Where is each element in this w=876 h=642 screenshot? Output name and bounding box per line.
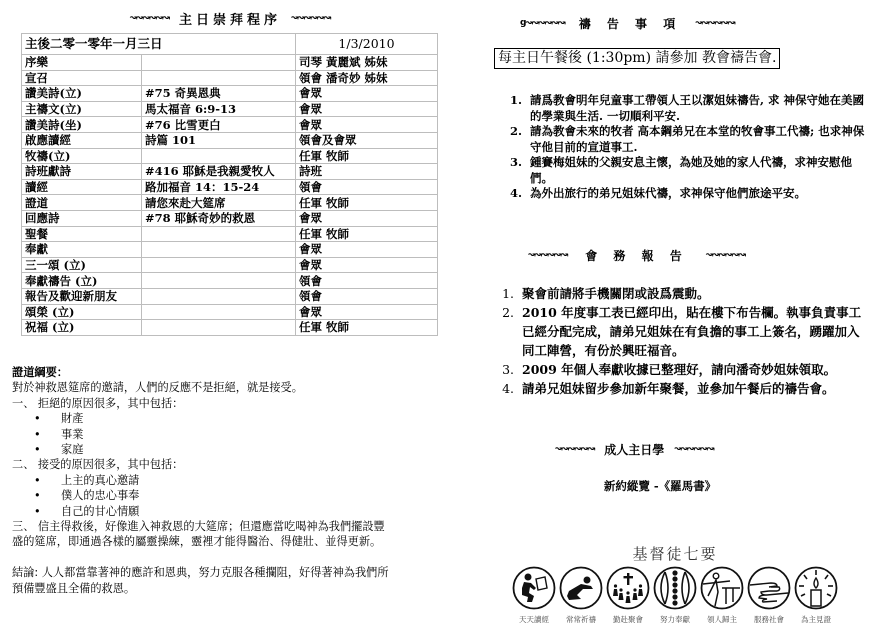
- list-item-text: 事業: [61, 428, 83, 441]
- item-number: 4.: [500, 186, 530, 202]
- decorative-swirl-icon: ↝↝↝↝↝↝: [695, 18, 734, 28]
- sermon-point-3-line-2: 盛的筵席，即通過各樣的屬靈操練，靈裡才能得醫治、得健壯、並得更新。: [12, 534, 442, 549]
- program-content: [142, 148, 296, 164]
- essential-item: 天天讀經: [512, 566, 556, 636]
- list-item: 4.請弟兄姐妹留步參加新年聚餐，並參加午餐后的禱告會。: [498, 379, 870, 398]
- decorative-swirl-icon: ↝↝↝↝↝↝: [555, 444, 594, 454]
- program-leader: 領會 潘奇妙 姊妹: [296, 70, 438, 86]
- program-leader: 會眾: [296, 101, 438, 117]
- essential-item: 勤赴聚會: [606, 566, 650, 636]
- table-row: 牧禱(立)任軍 牧師: [22, 148, 438, 164]
- table-row: 讚美詩(坐)#76 比雪更白會眾: [22, 117, 438, 133]
- date-numeric: 1/3/2010: [296, 34, 438, 55]
- program-leader: 會眾: [296, 242, 438, 258]
- worship-order-title: 主日崇拜程序: [179, 9, 281, 28]
- program-content: [142, 320, 296, 336]
- list-item-text: 財產: [61, 412, 83, 425]
- program-item: 主禱文(立): [22, 101, 142, 117]
- table-row: 奉獻會眾: [22, 242, 438, 258]
- list-item: 1.請爲教會明年兒童事工帶領人王以潔姐妹禱告, 求 神保守她在美國的學業與生活.…: [500, 93, 870, 124]
- list-item-text: 上主的真心邀請: [61, 474, 139, 487]
- program-leader: 領會: [296, 288, 438, 304]
- table-row: 報告及歡迎新朋友領會: [22, 288, 438, 304]
- program-content: #416 耶穌是我親愛牧人: [142, 164, 296, 180]
- bullet-icon: •: [34, 504, 41, 519]
- prayer-list: 1.請爲教會明年兒童事工帶領人王以潔姐妹禱告, 求 神保守她在美國的學業與生活.…: [500, 93, 870, 202]
- adult-sunday-school-subtitle: 新約縱覽 -《羅馬書》: [560, 478, 760, 494]
- table-row: 聖餐任軍 牧師: [22, 226, 438, 242]
- item-number: 1.: [498, 284, 522, 303]
- decorative-swirl-icon: ↝↝↝↝↝↝: [706, 250, 745, 260]
- essential-item: 努力奉獻: [653, 566, 697, 636]
- church-affairs-header: ↝↝↝↝↝↝ 會 務 報 告 ↝↝↝↝↝↝: [528, 246, 828, 264]
- list-item-text: 家庭: [61, 443, 83, 456]
- item-text: 聚會前請將手機關閉或設爲震動。: [522, 284, 870, 303]
- list-item: •財產: [12, 411, 442, 426]
- program-content: #76 比雪更白: [142, 117, 296, 133]
- program-leader: 領會: [296, 179, 438, 195]
- essential-item: 服務社會: [747, 566, 791, 636]
- table-row: 序樂司琴 黃麗斌 姊妹: [22, 55, 438, 71]
- program-leader: 會眾: [296, 210, 438, 226]
- program-item: 回應詩: [22, 210, 142, 226]
- program-content: 請您來赴大筵席: [142, 195, 296, 211]
- program-content: #75 奇異恩典: [142, 86, 296, 102]
- sermon-conclusion-line-1: 結論: 人人都當靠著神的應許和恩典，努力克服各種攔阻，好得著神為我們所: [12, 565, 442, 580]
- list-item-text: 僕人的忠心事奉: [61, 489, 139, 502]
- program-leader: 詩班: [296, 164, 438, 180]
- offering-icon: [653, 566, 697, 610]
- program-item: 啟應讀經: [22, 132, 142, 148]
- evangelism-icon: [700, 566, 744, 610]
- table-row: 主禱文(立)馬太福音 6:9-13會眾: [22, 101, 438, 117]
- program-leader: 會眾: [296, 304, 438, 320]
- point-1-list: •財產 •事業 •家庭: [12, 411, 442, 457]
- decorative-swirl-icon: g↝↝↝↝↝↝: [520, 18, 565, 28]
- program-item: 讀經: [22, 179, 142, 195]
- table-row: 回應詩#78 耶穌奇妙的救恩會眾: [22, 210, 438, 226]
- table-row: 奉獻禱告 (立)領會: [22, 273, 438, 289]
- bullet-icon: •: [34, 442, 41, 457]
- date-chinese: 主後二零一零年一月三日: [22, 34, 296, 55]
- program-content: 詩篇 101: [142, 132, 296, 148]
- program-content: [142, 70, 296, 86]
- item-text: 鍾賽梅姐妹的父親安息主懷，為她及她的家人代禱，求神安慰他們。: [530, 155, 870, 186]
- list-item: 4.為外出旅行的弟兄姐妹代禱，求神保守他們旅途平安。: [500, 186, 870, 202]
- essential-item: 領人歸主: [700, 566, 744, 636]
- list-item-text: 自己的甘心情願: [61, 505, 139, 518]
- program-leader: 任軍 牧師: [296, 195, 438, 211]
- table-row: 三一頌 (立)會眾: [22, 257, 438, 273]
- sermon-point-2: 二、 接受的原因很多，其中包括：: [12, 457, 442, 472]
- table-row: 啟應讀經詩篇 101領會及會眾: [22, 132, 438, 148]
- program-item: 祝福 (立): [22, 320, 142, 336]
- item-number: 1.: [500, 93, 530, 124]
- program-item: 讚美詩(坐): [22, 117, 142, 133]
- list-item: •事業: [12, 427, 442, 442]
- praying-icon: [559, 566, 603, 610]
- program-content: [142, 257, 296, 273]
- essential-label: 勤赴聚會: [613, 614, 643, 625]
- adult-sunday-school-header: ↝↝↝↝↝↝ 成人主日學 ↝↝↝↝↝↝: [555, 440, 815, 458]
- program-content: [142, 288, 296, 304]
- sermon-outline: 證道綱要： 對於神救恩筵席的邀請，人們的反應不是拒絕，就是接受。 一、 拒絕的原…: [12, 365, 442, 596]
- list-item: 1.聚會前請將手機關閉或設爲震動。: [498, 284, 870, 303]
- decorative-swirl-icon: ↝↝↝↝↝↝: [674, 444, 713, 454]
- essential-label: 常常祈禱: [566, 614, 596, 625]
- program-item: 證道: [22, 195, 142, 211]
- spacer: [12, 550, 442, 565]
- table-row: 宣召領會 潘奇妙 姊妹: [22, 70, 438, 86]
- item-text: 請爲教會明年兒童事工帶領人王以潔姐妹禱告, 求 神保守她在美國的學業與生活. 一…: [530, 93, 870, 124]
- program-item: 詩班獻詩: [22, 164, 142, 180]
- table-row: 讀經路加福音 14：15-24領會: [22, 179, 438, 195]
- church-affairs-list: 1.聚會前請將手機關閉或設爲震動。 2.2010 年度事工表已經印出，貼在樓下布…: [498, 284, 870, 398]
- reading-bible-icon: [512, 566, 556, 610]
- seven-essentials-title: 基督徒七要: [620, 543, 730, 564]
- program-leader: 領會: [296, 273, 438, 289]
- essential-label: 領人歸主: [707, 614, 737, 625]
- essential-label: 為主見證: [801, 614, 831, 625]
- sermon-conclusion-line-2: 預備豐盛且全備的救恩。: [12, 581, 442, 596]
- program-leader: 任軍 牧師: [296, 148, 438, 164]
- program-item: 宣召: [22, 70, 142, 86]
- list-item: •上主的真心邀請: [12, 473, 442, 488]
- table-row: 詩班獻詩#416 耶穌是我親愛牧人詩班: [22, 164, 438, 180]
- sermon-point-1: 一、 拒絕的原因很多，其中包括：: [12, 396, 442, 411]
- item-number: 4.: [498, 379, 522, 398]
- program-leader: 領會及會眾: [296, 132, 438, 148]
- prayer-meeting-notice: 每主日午餐後 (1:30pm) 請參加 教會禱告會.: [494, 48, 780, 69]
- program-item: 奉獻禱告 (立): [22, 273, 142, 289]
- list-item: •僕人的忠心事奉: [12, 488, 442, 503]
- program-item: 三一頌 (立): [22, 257, 142, 273]
- program-item: 聖餐: [22, 226, 142, 242]
- bullet-icon: •: [34, 411, 41, 426]
- list-item: 2.請為教會未來的牧者 高本鋼弟兄在本堂的牧會事工代禱; 也求神保守他目前的宣道…: [500, 124, 870, 155]
- program-leader: 會眾: [296, 257, 438, 273]
- item-text: 請弟兄姐妹留步參加新年聚餐，並參加午餐后的禱告會。: [522, 379, 870, 398]
- program-item: 報告及歡迎新朋友: [22, 288, 142, 304]
- program-content: [142, 304, 296, 320]
- item-number: 3.: [498, 360, 522, 379]
- program-content: 馬太福音 6:9-13: [142, 101, 296, 117]
- sermon-intro: 對於神救恩筵席的邀請，人們的反應不是拒絕，就是接受。: [12, 380, 442, 395]
- table-row: 讚美詩(立)#75 奇異恩典會眾: [22, 86, 438, 102]
- list-item: 3.鍾賽梅姐妹的父親安息主懷，為她及她的家人代禱，求神安慰他們。: [500, 155, 870, 186]
- essential-item: 為主見證: [794, 566, 838, 636]
- program-item: 序樂: [22, 55, 142, 71]
- essential-label: 努力奉獻: [660, 614, 690, 625]
- table-row: 頌榮 (立)會眾: [22, 304, 438, 320]
- decorative-swirl-icon: ↝↝↝↝↝↝: [130, 13, 169, 23]
- gathering-icon: [606, 566, 650, 610]
- item-number: 3.: [500, 155, 530, 186]
- bullet-icon: •: [34, 427, 41, 442]
- program-content: [142, 55, 296, 71]
- program-item: 頌榮 (立): [22, 304, 142, 320]
- program-content: [142, 273, 296, 289]
- essential-label: 天天讀經: [519, 614, 549, 625]
- service-icon: [747, 566, 791, 610]
- date-row: 主後二零一零年一月三日1/3/2010: [22, 34, 438, 55]
- decorative-swirl-icon: ↝↝↝↝↝↝: [291, 13, 330, 23]
- item-text: 2010 年度事工表已經印出，貼在樓下布告欄。執事負責事工已經分配完成，請弟兄姐…: [522, 303, 870, 360]
- item-text: 請為教會未來的牧者 高本鋼弟兄在本堂的牧會事工代禱; 也求神保守他目前的宣道事工…: [530, 124, 870, 155]
- worship-order-table: 主後二零一零年一月三日1/3/2010 序樂司琴 黃麗斌 姊妹宣召領會 潘奇妙 …: [21, 33, 438, 336]
- program-content: [142, 226, 296, 242]
- adult-sunday-school-title: 成人主日學: [604, 441, 664, 458]
- bullet-icon: •: [34, 473, 41, 488]
- decorative-swirl-icon: ↝↝↝↝↝↝: [528, 250, 567, 260]
- bullet-icon: •: [34, 488, 41, 503]
- table-row: 證道請您來赴大筵席任軍 牧師: [22, 195, 438, 211]
- list-item: •家庭: [12, 442, 442, 457]
- program-item: 讚美詩(立): [22, 86, 142, 102]
- list-item: 3.2009 年個人奉獻收據已整理好，請向潘奇妙姐妹領取。: [498, 360, 870, 379]
- item-number: 2.: [500, 124, 530, 155]
- program-leader: 會眾: [296, 86, 438, 102]
- worship-order-header: ↝↝↝↝↝↝ 主日崇拜程序 ↝↝↝↝↝↝: [80, 8, 380, 28]
- prayer-items-title: 禱 告 事 項: [579, 15, 682, 32]
- prayer-items-header: g↝↝↝↝↝↝ 禱 告 事 項 ↝↝↝↝↝↝: [520, 14, 750, 32]
- program-item: 奉獻: [22, 242, 142, 258]
- list-item: 2.2010 年度事工表已經印出，貼在樓下布告欄。執事負責事工已經分配完成，請弟…: [498, 303, 870, 360]
- program-content: 路加福音 14：15-24: [142, 179, 296, 195]
- program-leader: 會眾: [296, 117, 438, 133]
- essential-item: 常常祈禱: [559, 566, 603, 636]
- item-text: 為外出旅行的弟兄姐妹代禱，求神保守他們旅途平安。: [530, 186, 870, 202]
- item-text: 2009 年個人奉獻收據已整理好，請向潘奇妙姐妹領取。: [522, 360, 870, 379]
- program-content: [142, 242, 296, 258]
- point-2-list: •上主的真心邀請 •僕人的忠心事奉 •自己的甘心情願: [12, 473, 442, 519]
- sermon-outline-title: 證道綱要：: [12, 365, 442, 380]
- item-number: 2.: [498, 303, 522, 360]
- program-leader: 司琴 黃麗斌 姊妹: [296, 55, 438, 71]
- sermon-point-3-line-1: 三、 信主得救後，好像進入神救恩的大筵席；但還應當吃喝神為我們擺設豐: [12, 519, 442, 534]
- candle-witness-icon: [794, 566, 838, 610]
- program-item: 牧禱(立): [22, 148, 142, 164]
- list-item: •自己的甘心情願: [12, 504, 442, 519]
- program-leader: 任軍 牧師: [296, 226, 438, 242]
- seven-essentials-icons: 天天讀經 常常祈禱 勤赴聚會: [512, 566, 842, 636]
- program-content: #78 耶穌奇妙的救恩: [142, 210, 296, 226]
- church-affairs-title: 會 務 報 告: [585, 247, 688, 264]
- program-leader: 任軍 牧師: [296, 320, 438, 336]
- table-row: 祝福 (立)任軍 牧師: [22, 320, 438, 336]
- essential-label: 服務社會: [754, 614, 784, 625]
